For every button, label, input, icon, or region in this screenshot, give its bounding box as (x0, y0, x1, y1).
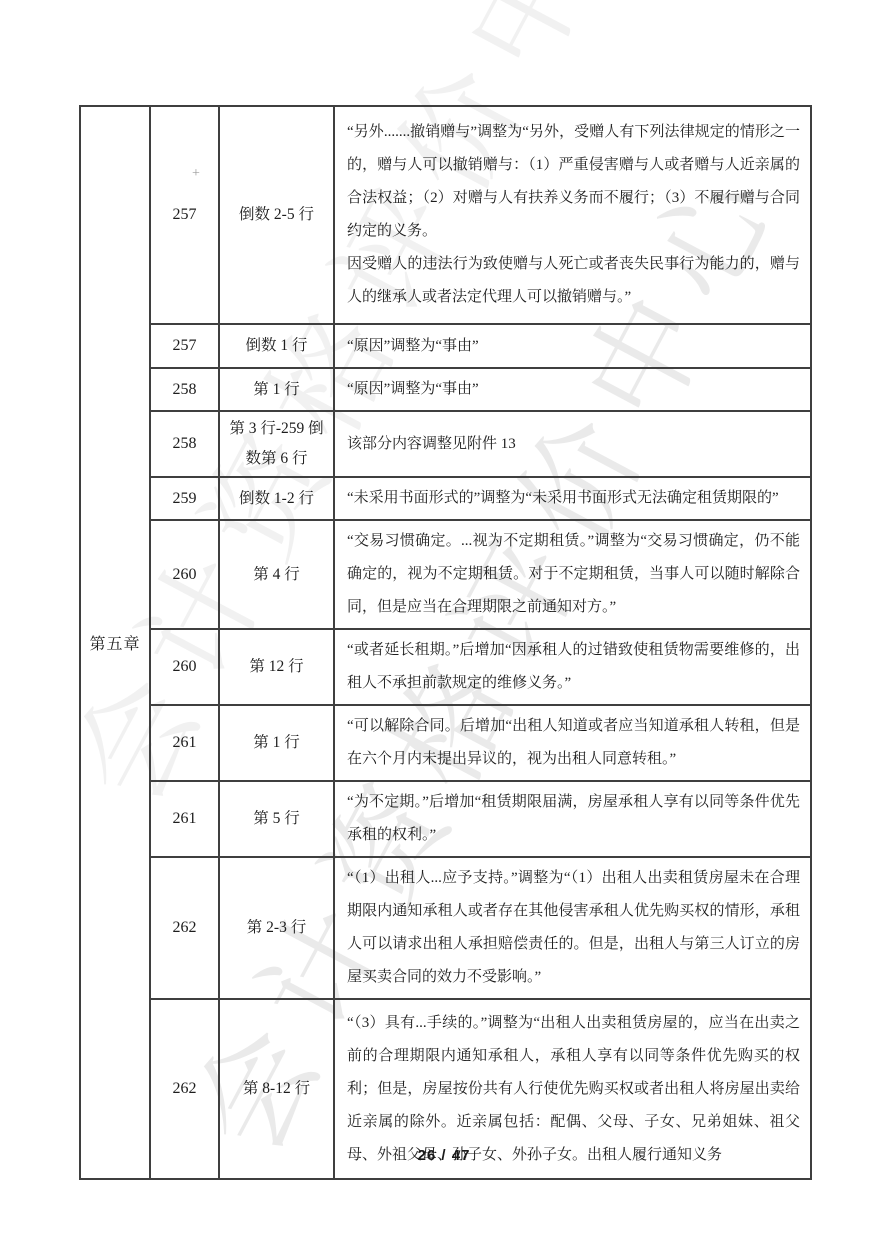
page-ref-cell: 260 (150, 520, 219, 629)
content-paragraph: “原因”调整为“事由” (347, 373, 800, 406)
content-paragraph: “原因”调整为“事由” (347, 330, 800, 363)
line-ref-cell: 第 3 行-259 倒数第 6 行 (219, 411, 334, 477)
table-row: 259 倒数 1-2 行 “未采用书面形式的”调整为“未采用书面形式无法确定租赁… (80, 477, 811, 520)
content-paragraph: 该部分内容调整见附件 13 (347, 428, 800, 461)
page-ref-cell: 258 (150, 411, 219, 477)
content-paragraph: “未采用书面形式的”调整为“未采用书面形式无法确定租赁期限的” (347, 482, 800, 515)
content-cell: “可以解除合同。后增加“出租人知道或者应当知道承租人转租，但是在六个月内未提出异… (334, 705, 811, 781)
line-ref-cell: 倒数 1 行 (219, 324, 334, 368)
content-paragraph: “（1）出租人...应予支持。”调整为“（1）出租人出卖租赁房屋未在合理期限内通… (347, 862, 800, 994)
content-paragraph: 因受赠人的违法行为致使赠与人死亡或者丧失民事行为能力的，赠与人的继承人或者法定代… (347, 248, 800, 314)
page-ref-cell: 257 (150, 106, 219, 324)
content-paragraph: “为不定期。”后增加“租赁期限届满，房屋承租人享有以同等条件优先承租的权利。” (347, 786, 800, 852)
line-ref-cell: 第 1 行 (219, 705, 334, 781)
content-paragraph: “交易习惯确定。...视为不定期租赁。”调整为“交易习惯确定，仍不能确定的，视为… (347, 525, 800, 624)
line-ref-cell: 第 4 行 (219, 520, 334, 629)
revision-table: 第五章257 倒数 2-5 行 “另外.......撤销赠与”调整为“另外，受赠… (79, 105, 812, 1180)
content-paragraph: “或者延长租期。”后增加“因承租人的过错致使租赁物需要维修的，出租人不承担前款规… (347, 634, 800, 700)
table-row: 261 第 1 行 “可以解除合同。后增加“出租人知道或者应当知道承租人转租，但… (80, 705, 811, 781)
content-cell: “（1）出租人...应予支持。”调整为“（1）出租人出卖租赁房屋未在合理期限内通… (334, 857, 811, 999)
page-ref-cell: 258 (150, 368, 219, 411)
line-ref-cell: 第 12 行 (219, 629, 334, 705)
content-cell: “原因”调整为“事由” (334, 324, 811, 368)
content-cell: “或者延长租期。”后增加“因承租人的过错致使租赁物需要维修的，出租人不承担前款规… (334, 629, 811, 705)
table-row: 262 第 2-3 行 “（1）出租人...应予支持。”调整为“（1）出租人出卖… (80, 857, 811, 999)
table-row: 第五章257 倒数 2-5 行 “另外.......撤销赠与”调整为“另外，受赠… (80, 106, 811, 324)
page-ref-cell: 262 (150, 857, 219, 999)
content-cell: “交易习惯确定。...视为不定期租赁。”调整为“交易习惯确定，仍不能确定的，视为… (334, 520, 811, 629)
page-ref-cell: 257 (150, 324, 219, 368)
chapter-cell: 第五章 (80, 106, 150, 1179)
content-cell: “为不定期。”后增加“租赁期限届满，房屋承租人享有以同等条件优先承租的权利。” (334, 781, 811, 857)
table-row: 258 第 3 行-259 倒数第 6 行 该部分内容调整见附件 13 (80, 411, 811, 477)
page-ref-cell: 261 (150, 705, 219, 781)
line-ref-cell: 第 2-3 行 (219, 857, 334, 999)
page-ref-cell: 259 (150, 477, 219, 520)
table-row: 260 第 4 行 “交易习惯确定。...视为不定期租赁。”调整为“交易习惯确定… (80, 520, 811, 629)
line-ref-cell: 倒数 2-5 行 (219, 106, 334, 324)
table-row: 261 第 5 行 “为不定期。”后增加“租赁期限届满，房屋承租人享有以同等条件… (80, 781, 811, 857)
table-row: 260 第 12 行 “或者延长租期。”后增加“因承租人的过错致使租赁物需要维修… (80, 629, 811, 705)
page-ref-cell: 260 (150, 629, 219, 705)
content-cell: “原因”调整为“事由” (334, 368, 811, 411)
line-ref-cell: 第 5 行 (219, 781, 334, 857)
content-cell: “另外.......撤销赠与”调整为“另外，受赠人有下列法律规定的情形之一的，赠… (334, 106, 811, 324)
content-cell: “未采用书面形式的”调整为“未采用书面形式无法确定租赁期限的” (334, 477, 811, 520)
line-ref-cell: 第 1 行 (219, 368, 334, 411)
content-cell: 该部分内容调整见附件 13 (334, 411, 811, 477)
page-number: 26 / 47 (0, 1147, 888, 1164)
content-paragraph: “另外.......撤销赠与”调整为“另外，受赠人有下列法律规定的情形之一的，赠… (347, 116, 800, 248)
line-ref-cell: 倒数 1-2 行 (219, 477, 334, 520)
table-row: 257 倒数 1 行 “原因”调整为“事由” (80, 324, 811, 368)
table-row: 258 第 1 行 “原因”调整为“事由” (80, 368, 811, 411)
content-paragraph: “可以解除合同。后增加“出租人知道或者应当知道承租人转租，但是在六个月内未提出异… (347, 710, 800, 776)
page-ref-cell: 261 (150, 781, 219, 857)
